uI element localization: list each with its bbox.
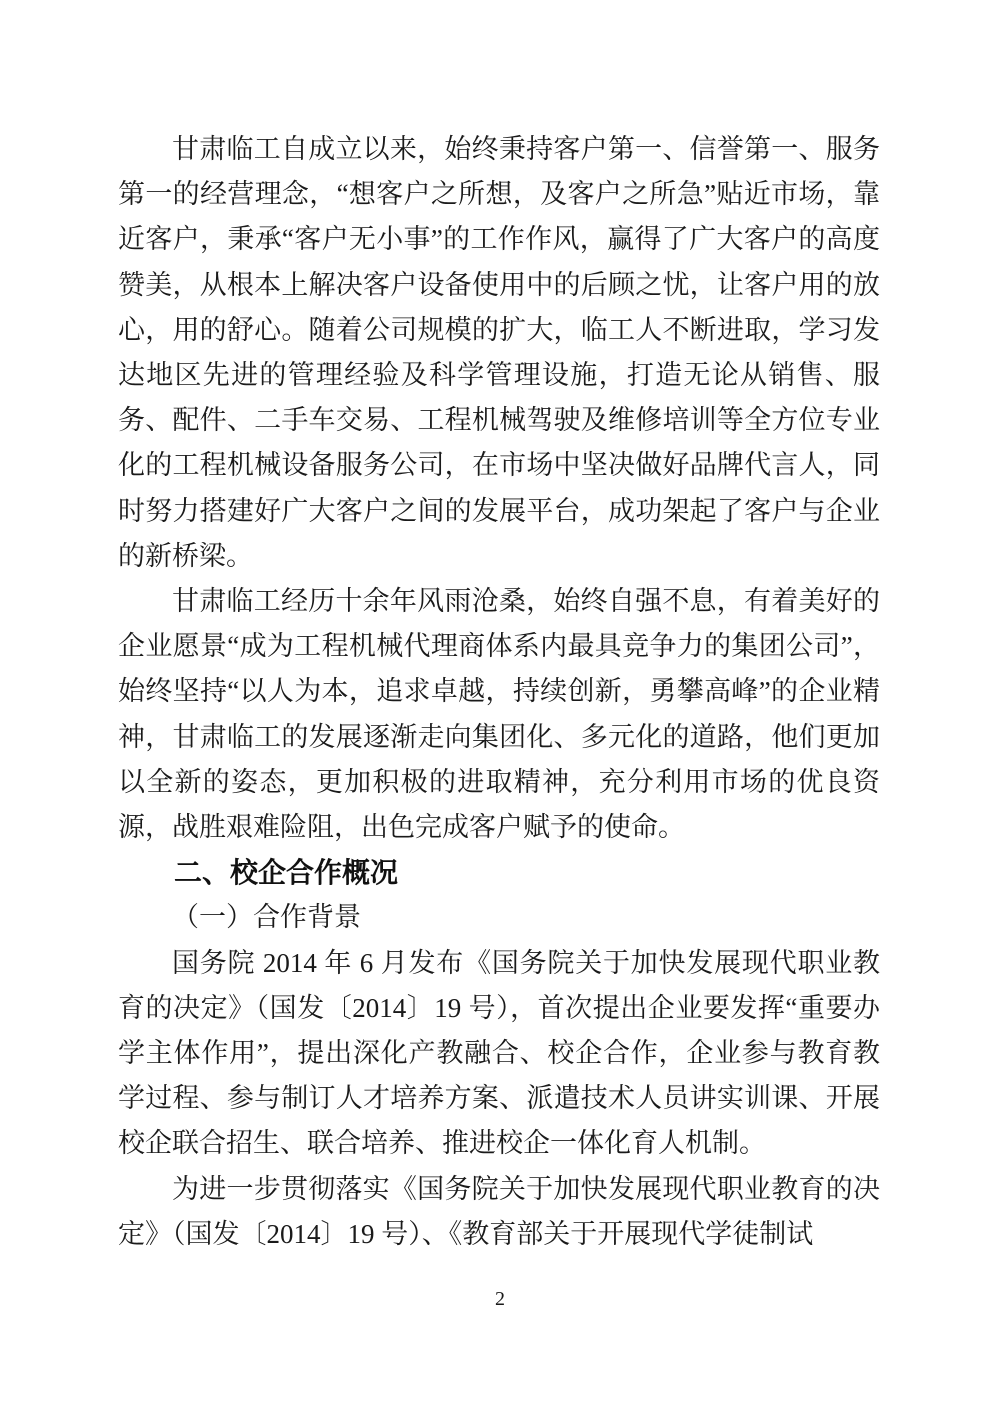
paragraph-company-vision: 甘肃临工经历十余年风雨沧桑，始终自强不息，有着美好的企业愿景“成为工程机械代理商… — [118, 579, 880, 850]
paragraph-policy-implementation: 为进一步贯彻落实《国务院关于加快发展现代职业教育的决定》（国发〔2014〕19 … — [118, 1167, 880, 1257]
subsection-heading-cooperation-background: （一）合作背景 — [118, 895, 880, 940]
paragraph-state-council-policy: 国务院 2014 年 6 月发布《国务院关于加快发展现代职业教育的决定》（国发〔… — [118, 941, 880, 1167]
page-content: 甘肃临工自成立以来，始终秉持客户第一、信誉第一、服务第一的经营理念，“想客户之所… — [118, 127, 880, 1257]
section-heading-cooperation-overview: 二、校企合作概况 — [118, 850, 880, 895]
paragraph-company-intro: 甘肃临工自成立以来，始终秉持客户第一、信誉第一、服务第一的经营理念，“想客户之所… — [118, 127, 880, 579]
document-page: 甘肃临工自成立以来，始终秉持客户第一、信誉第一、服务第一的经营理念，“想客户之所… — [0, 0, 1000, 1414]
page-number: 2 — [0, 1288, 1000, 1311]
